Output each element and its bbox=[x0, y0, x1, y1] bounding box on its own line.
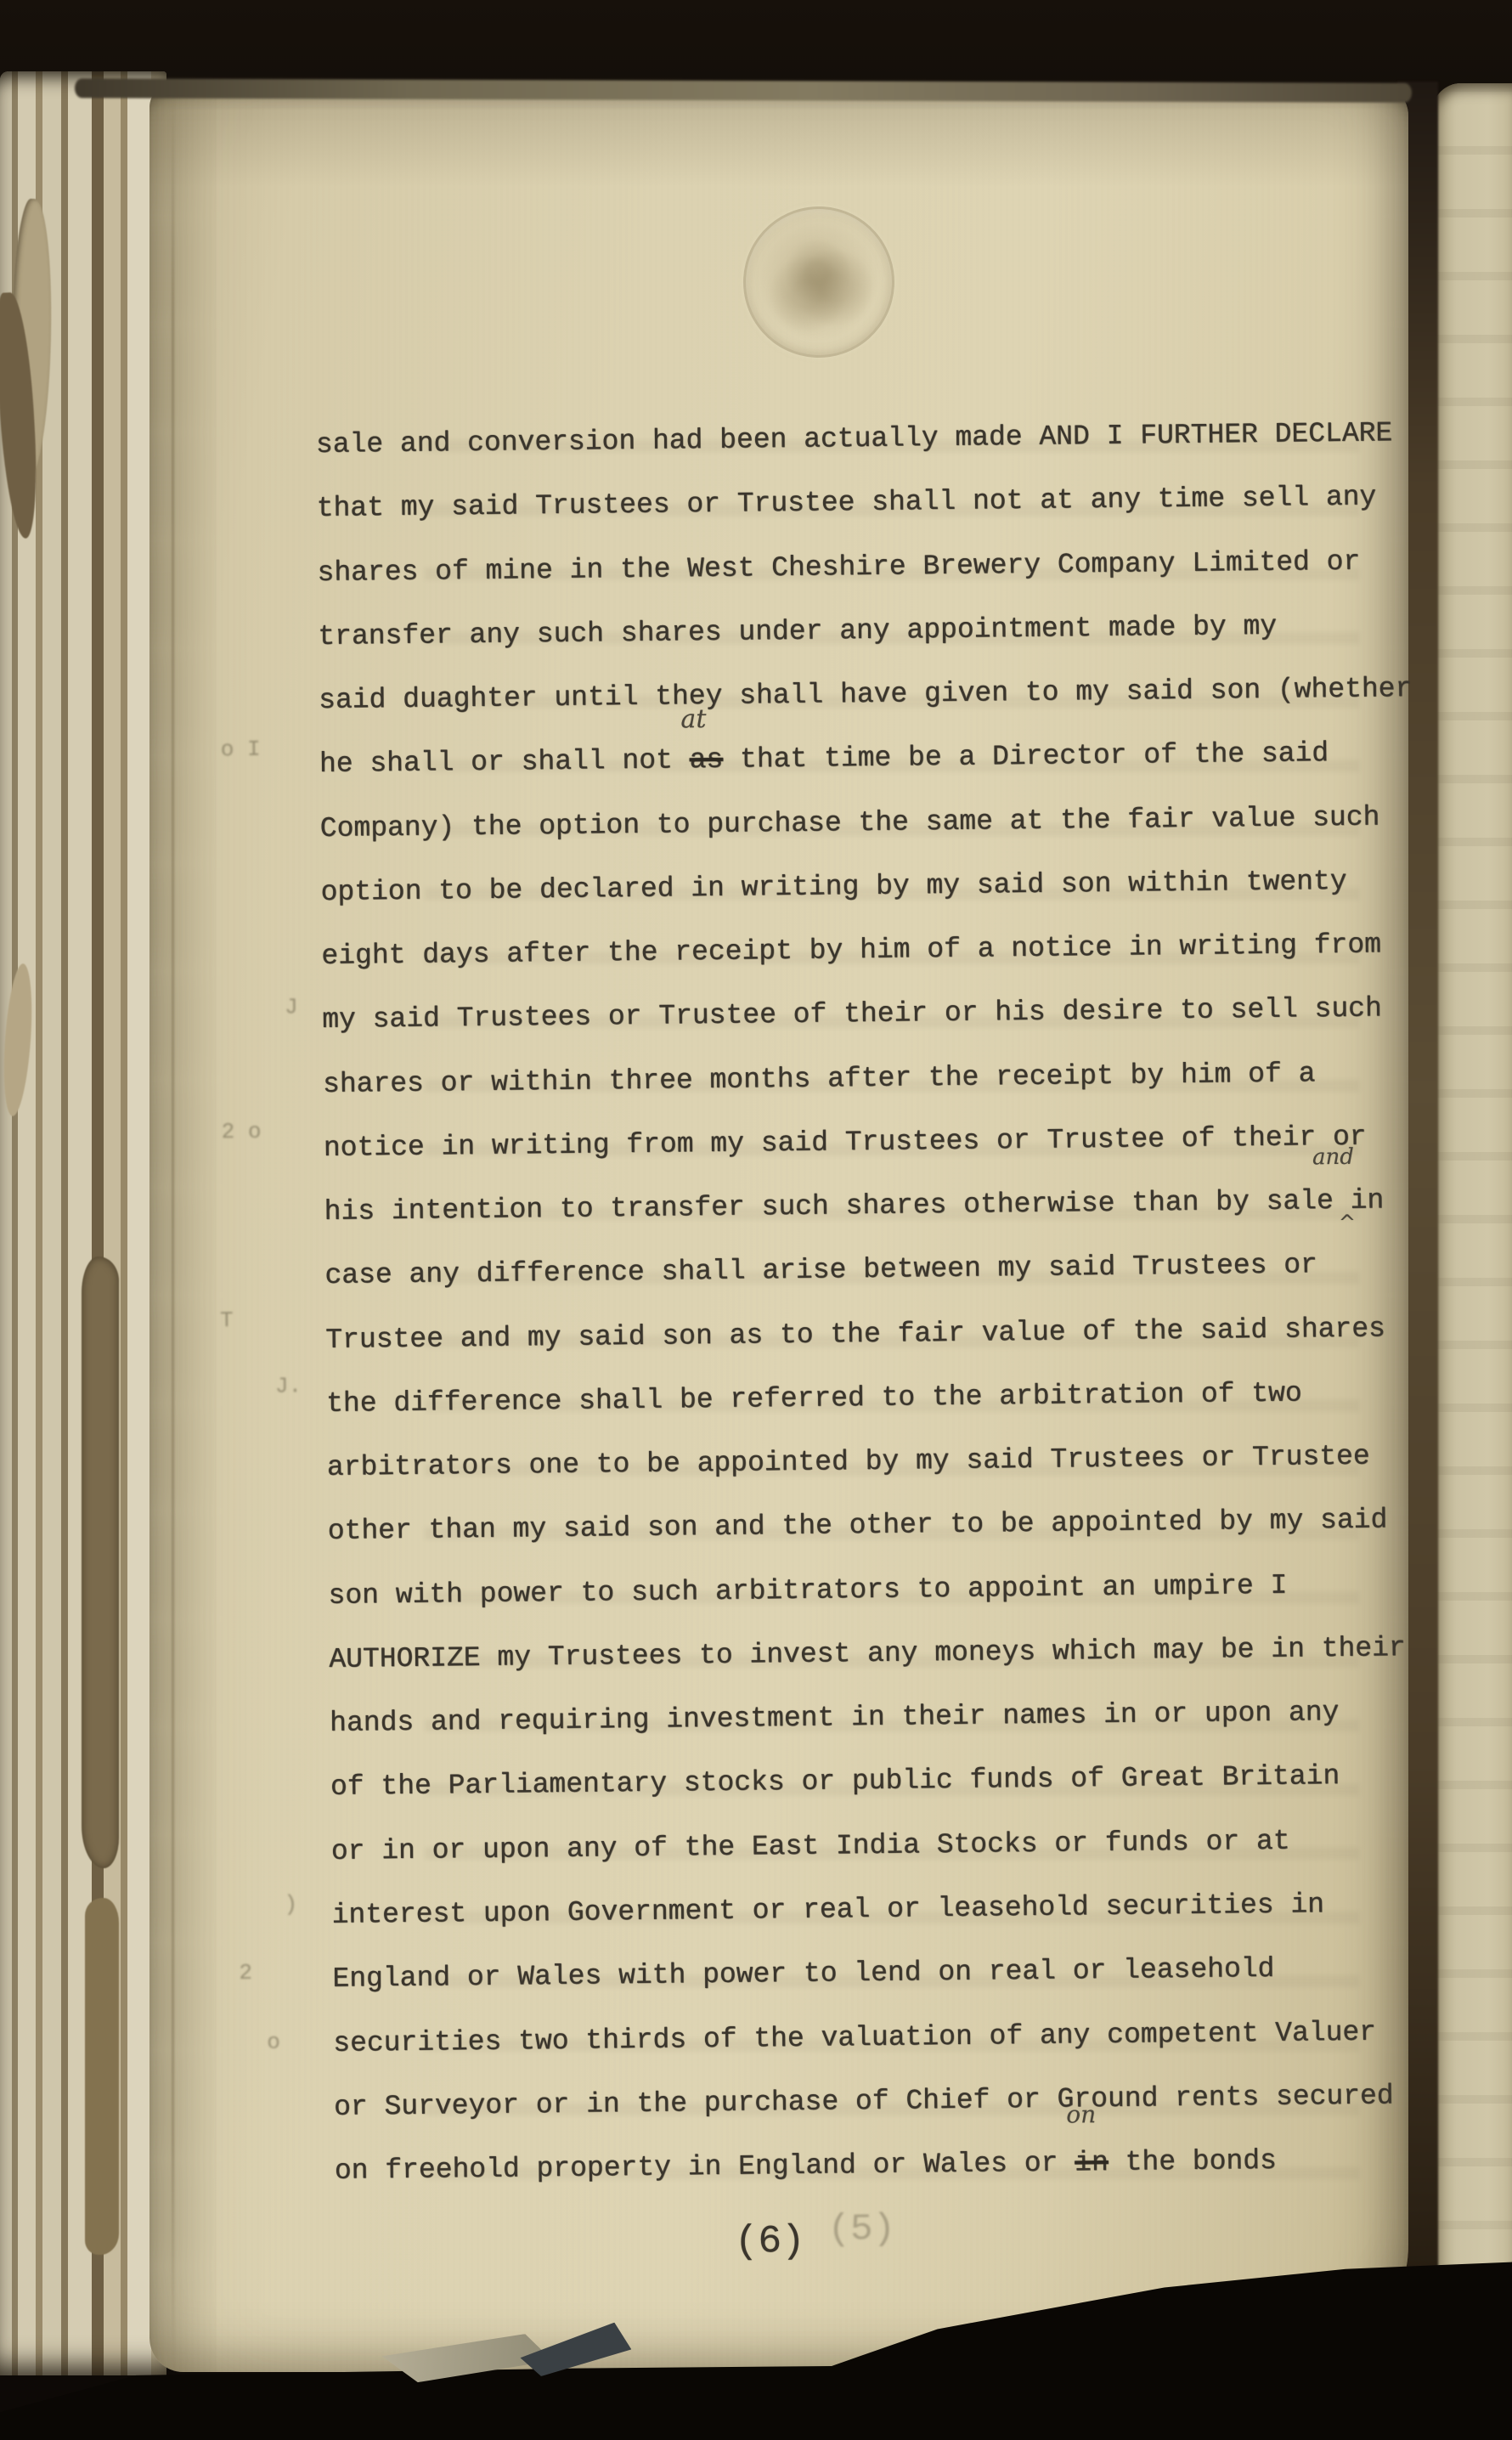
typed-text: his intention to transfer such shares ot… bbox=[324, 1185, 1385, 1228]
typed-line: other than my said son and the other to … bbox=[328, 1506, 1388, 1545]
typed-text: shares of mine in the West Cheshire Brew… bbox=[317, 545, 1360, 588]
typed-text: the difference shall be referred to the … bbox=[326, 1377, 1302, 1419]
typed-line: arbitrators one to be appointed by my sa… bbox=[327, 1443, 1370, 1482]
margin-ghost-mark: 2 o bbox=[222, 1119, 262, 1145]
typed-line: sale and conversion had been actually ma… bbox=[316, 419, 1393, 459]
typed-text: AUTHORIZE my Trustees to invest any mone… bbox=[329, 1632, 1406, 1675]
typed-text: that my said Trustees or Trustee shall n… bbox=[317, 482, 1377, 524]
typed-text: arbitrators one to be appointed by my sa… bbox=[327, 1441, 1370, 1483]
typed-text: option to be declared in writing by my s… bbox=[320, 866, 1346, 908]
typed-line: the difference shall be referred to the … bbox=[326, 1379, 1302, 1417]
typed-text: Trustee and my said son as to the fair v… bbox=[325, 1313, 1385, 1355]
margin-ghost-mark: o bbox=[267, 2030, 280, 2055]
margin-ghost-mark: ) bbox=[284, 1891, 297, 1917]
typed-text: on freehold property in England or Wales… bbox=[335, 2147, 1075, 2186]
typed-text: Company) the option to purchase the same… bbox=[320, 801, 1380, 844]
typed-text: he shall or shall not bbox=[319, 745, 690, 781]
typed-line: that my said Trustees or Trustee shall n… bbox=[317, 483, 1377, 522]
typed-text: sale and conversion had been actually ma… bbox=[316, 417, 1393, 460]
typed-line: AUTHORIZE my Trustees to invest any mone… bbox=[329, 1634, 1406, 1674]
typed-text: transfer any such shares under any appoi… bbox=[318, 611, 1277, 652]
typed-text: son with power to such arbitrators to ap… bbox=[328, 1569, 1287, 1611]
margin-ghost-mark: o I bbox=[221, 737, 261, 763]
typed-text: securities two thirds of the valuation o… bbox=[333, 2016, 1376, 2059]
typed-line: eight days after the receipt by him of a… bbox=[321, 931, 1381, 970]
typed-text: hands and requiring investment in their … bbox=[330, 1697, 1340, 1739]
margin-ghost-mark: T bbox=[220, 1308, 234, 1333]
typed-text: that time be a Director of the said bbox=[723, 737, 1329, 776]
typed-line: option to be declared in writing by my s… bbox=[320, 867, 1346, 907]
margin-ghost-mark: J bbox=[285, 994, 298, 1019]
typed-text: or in or upon any of the East India Stoc… bbox=[331, 1825, 1290, 1867]
typed-text: my said Trustees or Trustee of their or … bbox=[322, 993, 1382, 1036]
typed-text: shares or within three months after the … bbox=[323, 1058, 1316, 1100]
handwritten-insertion: at bbox=[680, 704, 706, 734]
typed-line: notice in writing from my said Trustees … bbox=[324, 1123, 1367, 1162]
typed-text: case any difference shall arise between … bbox=[324, 1250, 1317, 1292]
typed-line: his intention to transfer such shares ot… bbox=[324, 1187, 1385, 1226]
typed-line: England or Wales with power to lend on r… bbox=[332, 1955, 1274, 1993]
handwritten-insertion: on bbox=[1066, 2100, 1096, 2128]
typed-text: other than my said son and the other to … bbox=[328, 1505, 1388, 1547]
page-number: (6) bbox=[735, 2219, 805, 2264]
typed-line: Company) the option to purchase the same… bbox=[320, 803, 1380, 842]
typed-line: on freehold property in England or Wales… bbox=[335, 2147, 1277, 2185]
typed-line: shares or within three months after the … bbox=[323, 1059, 1316, 1099]
typed-text: the bonds bbox=[1109, 2145, 1277, 2178]
typed-line: shares of mine in the West Cheshire Brew… bbox=[317, 547, 1360, 586]
typed-line: of the Parliamentary stocks or public fu… bbox=[330, 1763, 1340, 1802]
typed-line: case any difference shall arise between … bbox=[324, 1251, 1317, 1291]
ghost-page-number: (5) bbox=[827, 2208, 895, 2251]
typed-line: interest upon Government or real or leas… bbox=[331, 1890, 1324, 1929]
insertion-caret: ^ bbox=[1339, 1211, 1356, 1234]
typed-line: or in or upon any of the East India Stoc… bbox=[331, 1827, 1290, 1865]
typed-line: transfer any such shares under any appoi… bbox=[318, 613, 1277, 651]
typed-line: son with power to such arbitrators to ap… bbox=[328, 1571, 1287, 1609]
typed-text: interest upon Government or real or leas… bbox=[331, 1889, 1324, 1931]
typed-line: or Surveyor or in the purchase of Chief … bbox=[334, 2081, 1394, 2121]
margin-ghost-mark: J. bbox=[275, 1373, 302, 1398]
typed-text: eight days after the receipt by him of a… bbox=[321, 929, 1381, 972]
typed-line: my said Trustees or Trustee of their or … bbox=[322, 995, 1382, 1034]
struck-text: in bbox=[1075, 2147, 1109, 2178]
struck-text: as bbox=[689, 744, 723, 776]
typed-text: notice in writing from my said Trustees … bbox=[324, 1121, 1367, 1164]
typed-text: of the Parliamentary stocks or public fu… bbox=[330, 1761, 1340, 1804]
margin-ghost-mark: 2 bbox=[239, 1960, 252, 1985]
typed-text: England or Wales with power to lend on r… bbox=[332, 1953, 1274, 1995]
typed-text: said duaghter until they shall have give… bbox=[319, 673, 1413, 716]
typed-line: said duaghter until they shall have give… bbox=[319, 675, 1413, 714]
typed-line: Trustee and my said son as to the fair v… bbox=[325, 1314, 1385, 1353]
typed-text: or Surveyor or in the purchase of Chief … bbox=[334, 2080, 1394, 2122]
typescript-layer: (6) (5) sale and conversion had been act… bbox=[0, 0, 1512, 2440]
scanned-book-page-photo: (6) (5) sale and conversion had been act… bbox=[0, 0, 1512, 2440]
typed-line: hands and requiring investment in their … bbox=[330, 1698, 1339, 1737]
typed-line: he shall or shall not as that time be a … bbox=[319, 739, 1329, 778]
typed-line: securities two thirds of the valuation o… bbox=[333, 2018, 1376, 2057]
handwritten-insertion: and bbox=[1312, 1144, 1354, 1171]
